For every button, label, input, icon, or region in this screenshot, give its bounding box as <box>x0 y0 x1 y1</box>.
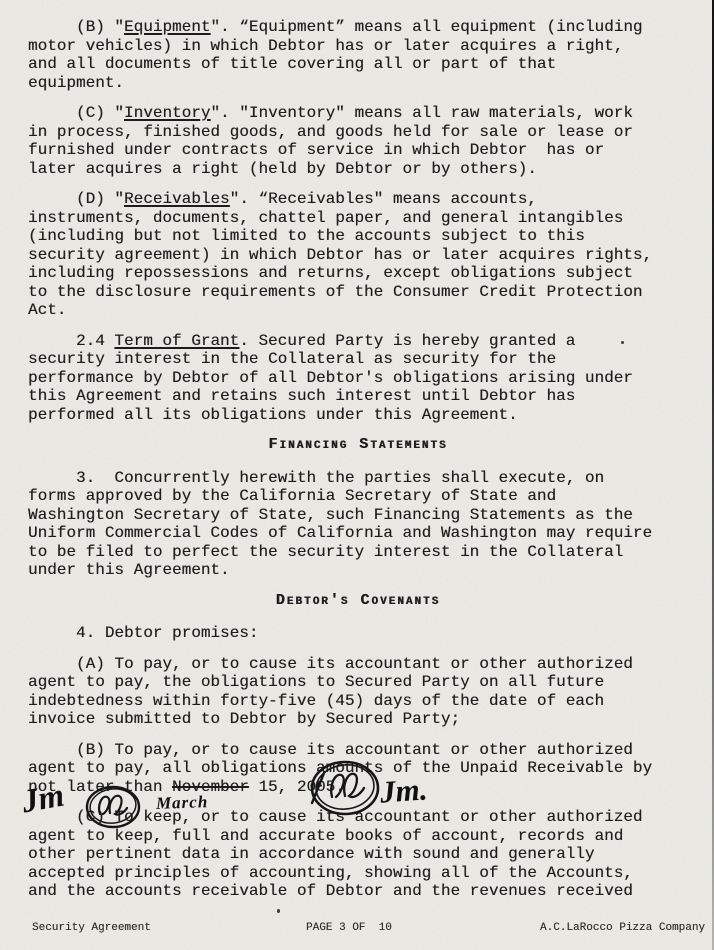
document-body: (B) "Equipment". “Equipment” means all e… <box>28 18 688 901</box>
paragraph-receivables-definition: (D) "Receivables". “Receivables" means a… <box>28 190 688 320</box>
footer-document-title: Security Agreement <box>32 922 151 934</box>
scan-speck <box>277 909 280 913</box>
defined-term-inventory: Inventory <box>124 104 210 122</box>
paragraph-lead: (D) " <box>28 190 124 208</box>
paragraph-covenant-a: (A) To pay, or to cause its accountant o… <box>28 655 688 729</box>
paragraph-lead: (C) " <box>28 104 124 122</box>
paragraph-equipment-definition: (B) "Equipment". “Equipment” means all e… <box>28 18 688 92</box>
defined-term-term-of-grant: Term of Grant <box>114 332 239 350</box>
paragraph-covenant-c: (C) To keep, or to cause its accountant … <box>28 808 688 901</box>
footer-company-name: A.C.LaRocco Pizza Company <box>540 922 705 934</box>
paragraph-inventory-definition: (C) "Inventory". "Inventory" means all r… <box>28 104 688 178</box>
heading-financing-statements: Financing Statements <box>28 436 688 455</box>
footer-page-number: PAGE 3 OF 10 <box>306 922 392 934</box>
defined-term-equipment: Equipment <box>124 18 210 36</box>
paragraph-debtor-promises-intro: 4. Debtor promises: <box>28 624 688 643</box>
paragraph-covenant-b: (B) To pay, or to cause its accountant o… <box>28 741 688 797</box>
paragraph-term-of-grant: 2.4 Term of Grant. Secured Party is here… <box>28 332 688 425</box>
covenant-b-block: (B) To pay, or to cause its accountant o… <box>28 741 688 797</box>
paragraph-body: ". “Receivables" means accounts, instrum… <box>28 190 652 319</box>
paragraph-lead: (B) " <box>28 18 124 36</box>
scan-speck <box>621 341 624 344</box>
paragraph-financing-statements: 3. Concurrently herewith the parties sha… <box>28 469 688 580</box>
paragraph-lead: 2.4 <box>28 332 114 350</box>
paragraph-body: 15, 2005. <box>249 778 345 796</box>
heading-debtors-covenants: Debtor's Covenants <box>28 592 688 611</box>
struck-word-november: November <box>172 778 249 796</box>
defined-term-receivables: Receivables <box>124 190 230 208</box>
document-page: (B) "Equipment". “Equipment” means all e… <box>0 0 714 950</box>
